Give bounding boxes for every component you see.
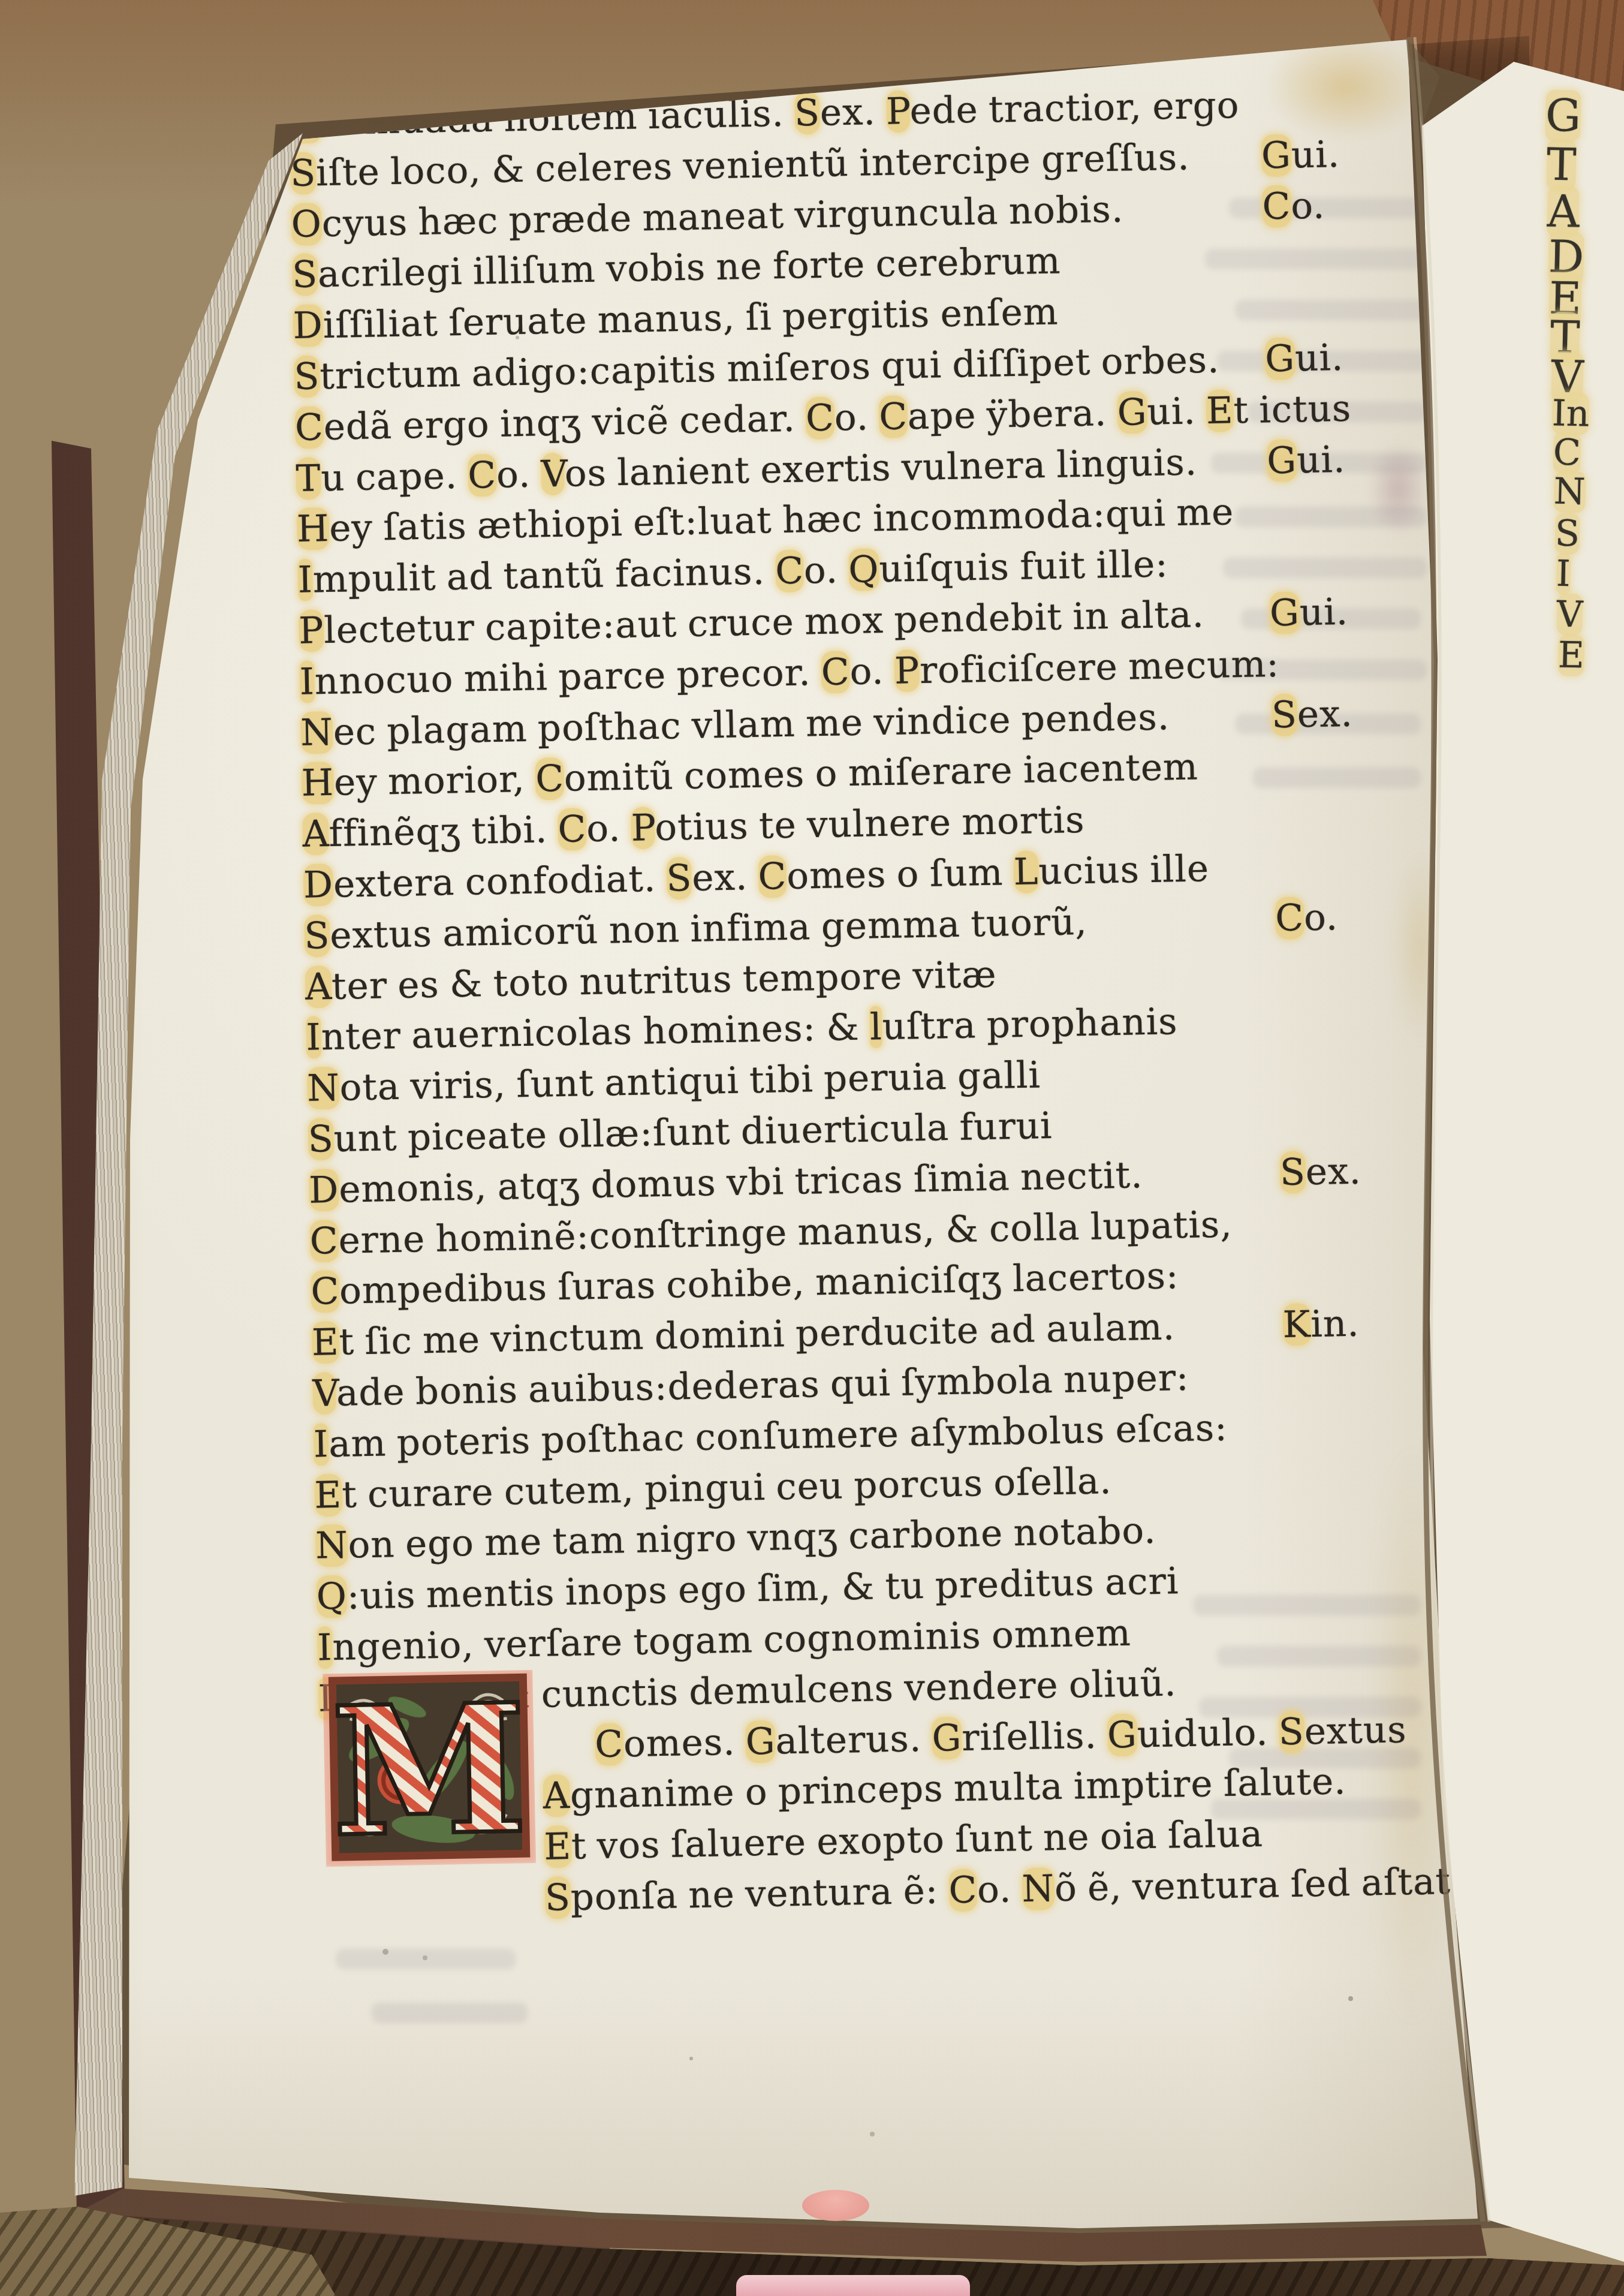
speaker-label: Co. [1275, 890, 1390, 943]
washed-capital: E [311, 1321, 339, 1364]
washed-capital: P [886, 90, 911, 133]
speaker-label: Sex. [1271, 687, 1386, 740]
washed-capital: L [1013, 850, 1039, 893]
washed-capital: E [1557, 634, 1584, 677]
washed-capital: Q [848, 548, 879, 591]
speaker-label: Sex. [1279, 1145, 1394, 1197]
washed-capital: G [1545, 89, 1581, 142]
speaker-label: Gui. [1267, 433, 1382, 486]
left-page[interactable]: His inuadã hoſtem iaculis. Sex. Pede tra… [0, 0, 1624, 2296]
washed-capital: N [315, 1524, 349, 1567]
washed-capital: A [305, 965, 332, 1009]
washed-capital: In [1551, 392, 1590, 435]
speaker-label: Gui. [1264, 332, 1379, 384]
washed-capital: O [291, 203, 322, 246]
washed-capital: E [314, 1473, 342, 1516]
washed-capital: G [745, 1720, 776, 1763]
washed-capital: C [468, 453, 497, 496]
washed-capital: S [1554, 513, 1580, 555]
facing-page-letter: C [1553, 432, 1581, 474]
washed-capital: K [1282, 1303, 1311, 1346]
washed-capital: N [307, 1067, 341, 1110]
facing-page-letter: In [1551, 392, 1590, 435]
washed-capital: T [1546, 139, 1577, 191]
washed-capital: A [1547, 185, 1580, 237]
washed-capital: S [666, 857, 692, 900]
washed-capital: H [301, 762, 334, 805]
facing-page-letter: V [1556, 594, 1583, 636]
washed-capital: C [758, 855, 787, 898]
washed-capital: G [1265, 337, 1295, 380]
washed-capital: E [544, 1825, 572, 1868]
washed-capital: I [314, 1423, 329, 1466]
photo-of-open-book: His inuadã hoſtem iaculis. Sex. Pede tra… [0, 0, 1624, 2296]
facing-page-letter: I [1556, 553, 1571, 595]
washed-capital: I [306, 1016, 321, 1059]
initial-letter-glyph: M [330, 1670, 529, 1867]
washed-capital: P [299, 609, 324, 652]
washed-capital: P [894, 649, 920, 693]
washed-capital: C [1262, 185, 1291, 228]
washed-capital: C [595, 1723, 624, 1766]
washed-capital: G [932, 1716, 962, 1759]
washed-capital: S [1278, 1710, 1304, 1753]
washed-capital: G [1107, 1713, 1138, 1756]
speaker-label: Gui. [1269, 586, 1384, 639]
washed-capital: A [543, 1774, 570, 1817]
washed-capital: l [869, 1006, 882, 1049]
washed-capital: C [311, 1270, 340, 1313]
washed-capital: N [1554, 470, 1586, 513]
washed-capital: C [535, 757, 565, 801]
washed-capital: E [1206, 389, 1234, 432]
washed-capital: G [1117, 391, 1147, 434]
washed-capital: G [1269, 591, 1300, 634]
speaker-label: Gui. [1261, 128, 1376, 181]
fingertip-at-page-bottom [802, 2190, 869, 2221]
washed-capital: C [806, 396, 835, 440]
pink-object-bottom-edge [736, 2275, 970, 2296]
washed-capital: I [1556, 553, 1571, 595]
facing-page-letter: A [1547, 185, 1580, 237]
speaker-label: Co. [1262, 179, 1377, 231]
facing-page-letter: G [1545, 89, 1581, 142]
show-through-mark [372, 2003, 528, 2023]
washed-capital: S [304, 914, 330, 958]
washed-capital: T [296, 457, 321, 500]
facing-page-letter: E [1557, 634, 1584, 677]
washed-capital: V [541, 452, 565, 495]
washed-capital: S [1272, 693, 1298, 736]
washed-capital: I [297, 559, 313, 601]
washed-capital: S [308, 1118, 334, 1161]
washed-capital: H [297, 507, 330, 550]
washed-capital: I [317, 1626, 333, 1669]
verse-text-block: His inuadã hoſtem iaculis. Sex. Pede tra… [289, 77, 1408, 1956]
washed-capital: S [292, 254, 318, 297]
washed-capital: C [1553, 432, 1581, 474]
washed-capital: C [294, 406, 324, 449]
washed-capital: S [794, 92, 821, 135]
washed-capital: D [303, 863, 333, 907]
washed-capital: V [1556, 594, 1583, 636]
washed-capital: S [544, 1876, 571, 1919]
washed-capital: N [1022, 1867, 1055, 1910]
washed-capital: N [300, 711, 334, 754]
washed-capital: G [1261, 134, 1291, 177]
washed-capital: D [309, 1169, 339, 1212]
facing-page-letter: T [1546, 139, 1577, 191]
washed-capital: C [821, 651, 850, 694]
washed-capital: I [299, 660, 315, 703]
washed-capital: C [1275, 896, 1304, 940]
washed-capital: S [1279, 1151, 1306, 1194]
facing-page-letter: S [1554, 513, 1580, 555]
speaker-label: Kin. [1282, 1298, 1397, 1350]
washed-capital: S [294, 355, 320, 398]
washed-capital: C [879, 395, 908, 438]
washed-capital: A [302, 813, 329, 856]
washed-capital: G [1267, 439, 1297, 482]
washed-capital: D [293, 304, 323, 347]
facing-page-letter: N [1554, 470, 1586, 513]
washed-capital: C [775, 550, 805, 593]
washed-capital: C [948, 1868, 978, 1912]
decorated-initial-M: M [323, 1670, 536, 1867]
washed-capital: V [312, 1372, 337, 1415]
washed-capital: Q [316, 1575, 347, 1618]
washed-capital: C [558, 808, 587, 851]
washed-capital: C [309, 1219, 339, 1262]
washed-capital: P [631, 807, 655, 850]
